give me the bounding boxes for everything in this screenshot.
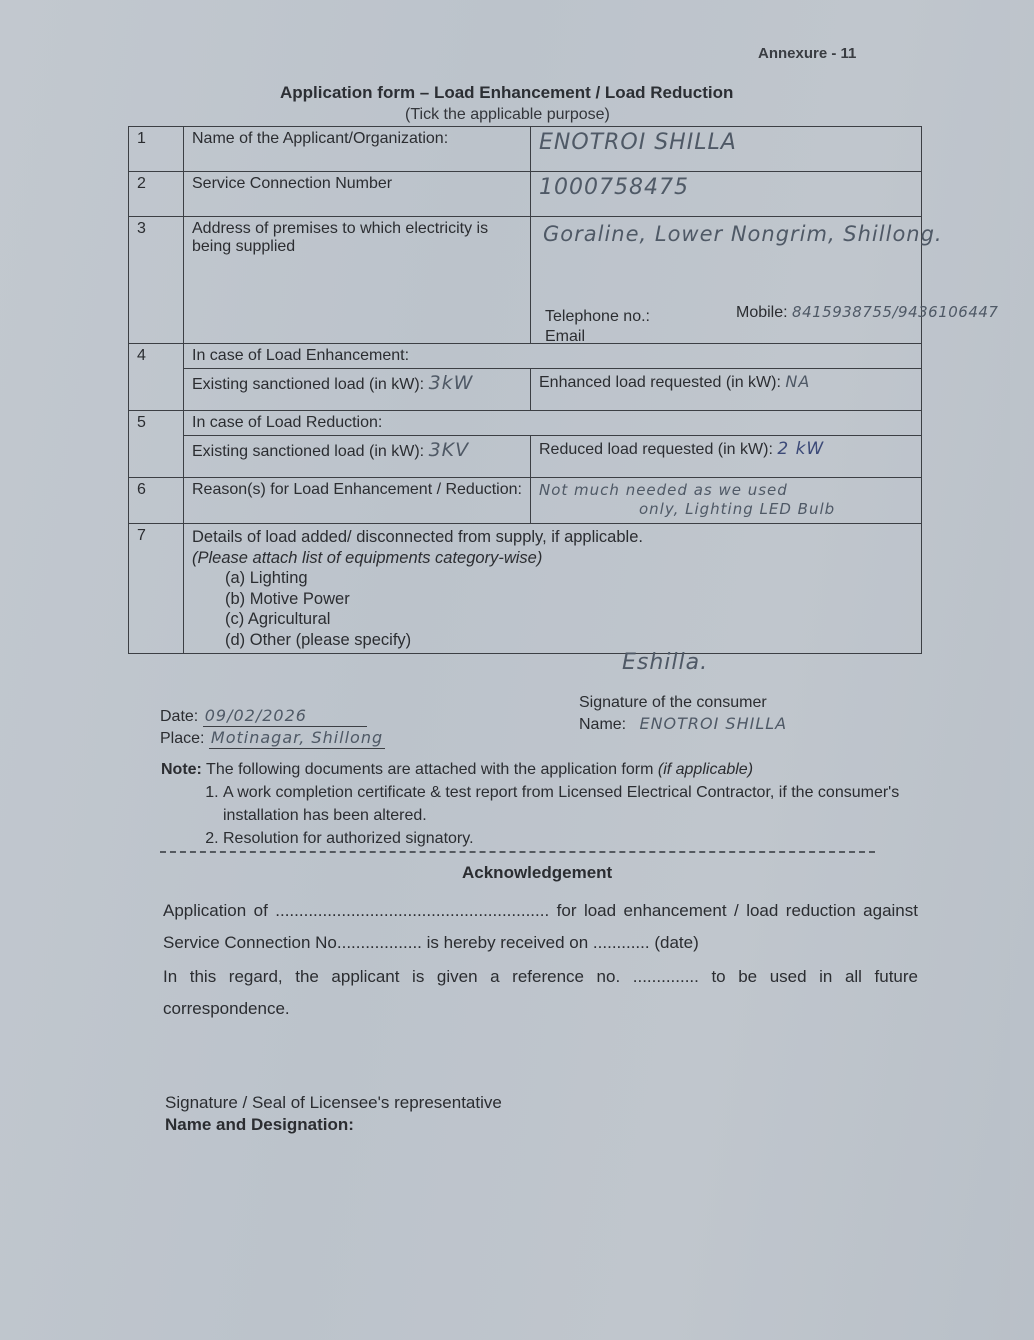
details-field[interactable]: Details of load added/ disconnected from… — [184, 524, 922, 654]
application-form-table: 1 Name of the Applicant/Organization: EN… — [128, 126, 922, 654]
details-line2: (Please attach list of equipments catego… — [192, 548, 913, 569]
enhancement-heading: In case of Load Enhancement: — [184, 344, 922, 369]
name-designation-label: Name and Designation: — [165, 1114, 502, 1136]
reduction-existing-field[interactable]: Existing sanctioned load (in kW): 3KV — [184, 436, 531, 478]
field-label: Existing sanctioned load (in kW): — [192, 443, 424, 460]
service-connection-field[interactable]: 1000758475 — [531, 172, 922, 217]
note-item: Resolution for authorized signatory. — [223, 827, 921, 850]
row-number: 2 — [129, 172, 184, 217]
reduction-heading: In case of Load Reduction: — [184, 411, 922, 436]
date-place-block: Date: 09/02/2026 Place: Motinagar, Shill… — [160, 705, 385, 749]
field-label: Service Connection Number — [184, 172, 531, 217]
annexure-label: Annexure - 11 — [758, 45, 856, 62]
note-item: A work completion certificate & test rep… — [223, 781, 921, 827]
reason-field[interactable]: Not much needed as we used only, Lightin… — [531, 478, 922, 524]
note-section: Note: The following documents are attach… — [161, 758, 921, 850]
section-divider — [160, 851, 875, 853]
row-number: 1 — [129, 127, 184, 172]
enhancement-existing-field[interactable]: Existing sanctioned load (in kW): 3kW — [184, 369, 531, 411]
consumer-signature-label: Signature of the consumer — [579, 692, 787, 713]
applicant-name-field[interactable]: ENOTROI SHILLA — [531, 127, 922, 172]
consumer-signature-block: Signature of the consumer Name: ENOTROI … — [579, 692, 787, 735]
details-line1: Details of load added/ disconnected from… — [192, 527, 913, 548]
acknowledgement-para1: Application of .........................… — [163, 895, 918, 959]
field-label: Name of the Applicant/Organization: — [184, 127, 531, 172]
row-number: 6 — [129, 478, 184, 524]
date-label: Date: — [160, 708, 198, 725]
form-row-connection: 2 Service Connection Number 1000758475 — [129, 172, 922, 217]
licensee-block: Signature / Seal of Licensee's represent… — [165, 1092, 502, 1136]
address-value: Goraline, Lower Nongrim, Shillong. — [543, 222, 943, 246]
mobile-field[interactable]: Mobile: 8415938755/9436106447 — [736, 303, 998, 322]
mobile-label: Mobile: — [736, 304, 788, 321]
applicant-name-value: ENOTROI SHILLA — [539, 130, 737, 155]
name-label: Name: — [579, 716, 626, 733]
field-label: Enhanced load requested (in kW): — [539, 374, 781, 391]
reason-value-line2: only, Lighting LED Bulb — [539, 500, 913, 519]
acknowledgement-body: Application of .........................… — [163, 895, 918, 1027]
row-number: 3 — [129, 217, 184, 344]
reduction-existing-value: 3KV — [429, 439, 470, 461]
form-row-reduction: 5 In case of Load Reduction: — [129, 411, 922, 436]
category-lighting: (a) Lighting — [225, 568, 913, 589]
reduction-requested-field[interactable]: Reduced load requested (in kW): 2 kW — [531, 436, 922, 478]
form-subtitle: (Tick the applicable purpose) — [405, 106, 610, 124]
service-connection-value: 1000758475 — [539, 175, 689, 200]
enhancement-requested-field[interactable]: Enhanced load requested (in kW): NA — [531, 369, 922, 411]
reason-value-line1: Not much needed as we used — [539, 481, 913, 500]
acknowledgement-title: Acknowledgement — [462, 863, 612, 883]
consumer-name-value[interactable]: ENOTROI SHILLA — [639, 714, 787, 733]
field-label: Reason(s) for Load Enhancement / Reducti… — [184, 478, 531, 524]
row-number: 7 — [129, 524, 184, 654]
field-label: Reduced load requested (in kW): — [539, 441, 773, 458]
category-motive-power: (b) Motive Power — [225, 589, 913, 610]
date-field[interactable]: 09/02/2026 — [203, 705, 367, 727]
category-agricultural: (c) Agricultural — [225, 609, 913, 630]
note-text-italic: (if applicable) — [658, 761, 753, 778]
field-label: Existing sanctioned load (in kW): — [192, 376, 424, 393]
enhancement-requested-value: NA — [785, 372, 810, 391]
acknowledgement-para2: In this regard, the applicant is given a… — [163, 961, 918, 1025]
reduction-requested-value: 2 kW — [777, 439, 824, 459]
enhancement-existing-value: 3kW — [429, 372, 474, 394]
telephone-label: Telephone no.: — [545, 307, 650, 327]
contact-block: Telephone no.: Email — [545, 307, 650, 347]
mobile-value: 8415938755/9436106447 — [792, 303, 998, 321]
field-label: Address of premises to which electricity… — [184, 217, 531, 344]
row-number: 5 — [129, 411, 184, 478]
form-row-reason: 6 Reason(s) for Load Enhancement / Reduc… — [129, 478, 922, 524]
place-field[interactable]: Motinagar, Shillong — [209, 727, 385, 749]
row-number: 4 — [129, 344, 184, 411]
email-label: Email — [545, 327, 650, 347]
consumer-signature: Eshilla. — [622, 650, 708, 675]
note-label: Note: — [161, 761, 202, 778]
form-title: Application form – Load Enhancement / Lo… — [280, 83, 733, 103]
place-label: Place: — [160, 730, 204, 747]
form-row-enhancement: 4 In case of Load Enhancement: — [129, 344, 922, 369]
note-text: The following documents are attached wit… — [206, 761, 653, 778]
category-other: (d) Other (please specify) — [225, 630, 913, 651]
licensee-signature-label: Signature / Seal of Licensee's represent… — [165, 1092, 502, 1114]
form-row-details: 7 Details of load added/ disconnected fr… — [129, 524, 922, 654]
form-row-name: 1 Name of the Applicant/Organization: EN… — [129, 127, 922, 172]
